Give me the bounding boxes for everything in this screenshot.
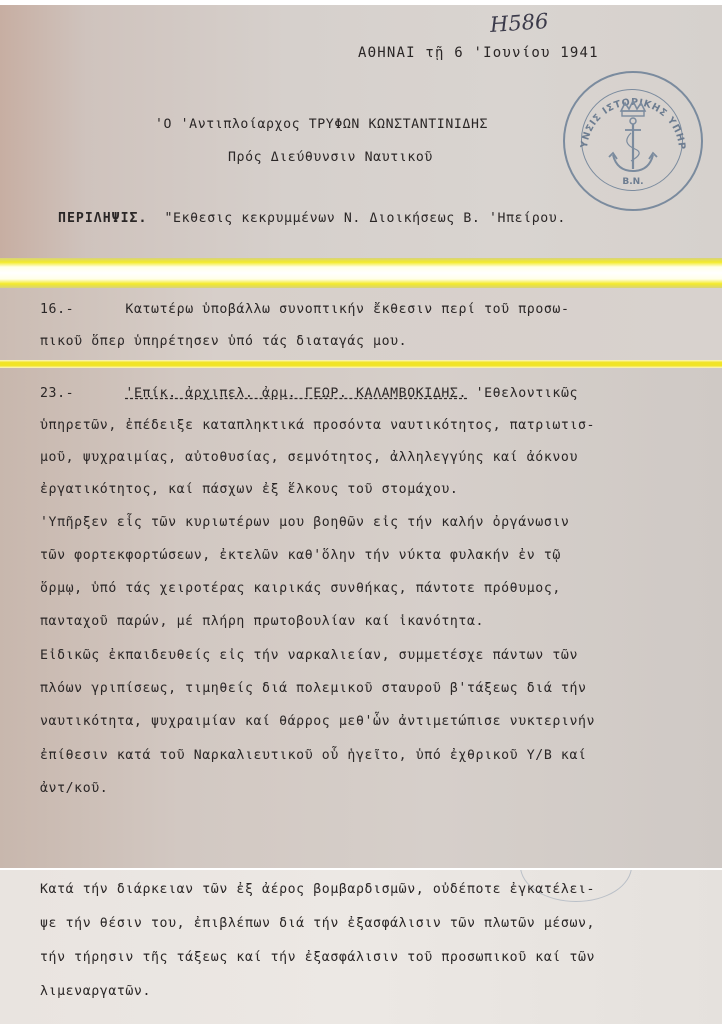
section-23-line: ὑπηρετῶν, ἐπέδειξε καταπληκτικά προσόντα… [40, 418, 595, 433]
section-23-line: ἀντ/κοῦ. [40, 781, 108, 796]
section-16-number: 16.- [40, 302, 74, 317]
section-23-line: ναυτικότητα, ψυχραιμίαν καί θάρρος μεθ'ὧ… [40, 714, 595, 729]
subject-line: ΠΕΡΙΛΗΨΙΣ. "Εκθεσις κεκρυμμένων Ν. Διοικ… [58, 211, 566, 226]
section-bottom-fragment: Κατά τήν διάρκειαν τῶν ἐξ ἀέρος βομβαρδι… [0, 870, 722, 1024]
subject-text: "Εκθεσις κεκρυμμένων Ν. Διοικήσεως Β. 'Η… [165, 211, 566, 226]
section-23-line: 'Υπῆρξεν εἷς τῶν κυριωτέρων μου βοηθῶν ε… [40, 515, 569, 530]
section-16-line-1: 16.- Κατωτέρω ὑποβάλλω συνοπτικήν ἔκθεσι… [40, 302, 569, 317]
person-name: 'Επίκ. ἀρχιπελ. ἀρμ. ΓΕΩΡ. ΚΑΛΑΜΒΟΚΙΔΗΣ. [125, 386, 467, 401]
section-23-line-0: 23.- 'Επίκ. ἀρχιπελ. ἀρμ. ΓΕΩΡ. ΚΑΛΑΜΒΟΚ… [40, 386, 578, 401]
section-23-fragment: 23.- 'Επίκ. ἀρχιπελ. ἀρμ. ΓΕΩΡ. ΚΑΛΑΜΒΟΚ… [0, 368, 722, 868]
subject-label: ΠΕΡΙΛΗΨΙΣ. [58, 211, 147, 226]
document-header-fragment: H586 ΑΘΗΝΑΙ τῇ 6 'Ιουνίου 1941 'Ο 'Αντιπ… [0, 5, 722, 258]
section-16-text-1: Κατωτέρω ὑποβάλλω συνοπτικήν ἔκθεσιν περ… [125, 302, 569, 317]
handwritten-reference: H586 [489, 9, 549, 37]
highlight-divider [0, 258, 722, 288]
section-16-fragment: 16.- Κατωτέρω ὑποβάλλω συνοπτικήν ἔκθεσι… [0, 288, 722, 360]
highlight-divider [0, 360, 722, 368]
section-23-number: 23.- [40, 386, 74, 401]
section-16-line-2: πικοῦ ὅπερ ὑπηρέτησεν ὑπό τάς διαταγάς μ… [40, 334, 407, 349]
section-23-line: ἐργατικότητος, καί πάσχων ἐξ ἕλκους τοῦ … [40, 482, 458, 497]
section-23-line: μοῦ, ψυχραιμίας, αὐτοθυσίας, σεμνότητος,… [40, 450, 578, 465]
section-23-line: τῶν φορτεκφορτώσεων, ἐκτελῶν καθ'ὅλην τή… [40, 548, 561, 563]
section-23-line: πλόων γριπίσεως, τιμηθείς διά πολεμικοῦ … [40, 681, 587, 696]
sender-line: 'Ο 'Αντιπλοίαρχος ΤΡΥΦΩΝ ΚΩΝΣΤΑΝΤΙΝΙΔΗΣ [155, 117, 488, 132]
recipient-line: Πρός Διεύθυνσιν Ναυτικοῦ [228, 150, 433, 165]
archive-stamp: ΔΙΕΥΘΥΝΣΙΣ ΙΣΤΟΡΙΚΗΣ ΥΠΗΡΕΣΙΑΣ Β.Ν. [563, 71, 703, 211]
section-bottom-line: ψε τήν θέσιν του, ἐπιβλέπων διά τήν ἐξασ… [40, 916, 595, 931]
stamp-bottom-text: Β.Ν. [565, 177, 701, 187]
section-23-line: ὅρμῳ, ὑπό τάς χειροτέρας καιρικάς συνθήκ… [40, 581, 561, 596]
date-line: ΑΘΗΝΑΙ τῇ 6 'Ιουνίου 1941 [358, 45, 599, 61]
section-bottom-line: Κατά τήν διάρκειαν τῶν ἐξ ἀέρος βομβαρδι… [40, 882, 595, 897]
section-23-line: πανταχοῦ παρών, μέ πλήρη πρωτοβουλίαν κα… [40, 614, 484, 629]
section-bottom-line: λιμεναργατῶν. [40, 984, 151, 999]
section-bottom-line: τήν τήρησιν τῆς τάξεως καί τήν ἐξασφάλισ… [40, 950, 595, 965]
section-23-line: ἐπίθεσιν κατά τοῦ Ναρκαλιευτικοῦ οὗ ἡγεῖ… [40, 748, 587, 763]
crowned-anchor-icon: ΔΙΕΥΘΥΝΣΙΣ ΙΣΤΟΡΙΚΗΣ ΥΠΗΡΕΣΙΑΣ [565, 73, 701, 209]
section-23-text-0: 'Εθελοντικῶς [476, 386, 578, 401]
section-23-line: Εἰδικῶς ἐκπαιδευθείς εἰς τήν ναρκαλιείαν… [40, 648, 578, 663]
